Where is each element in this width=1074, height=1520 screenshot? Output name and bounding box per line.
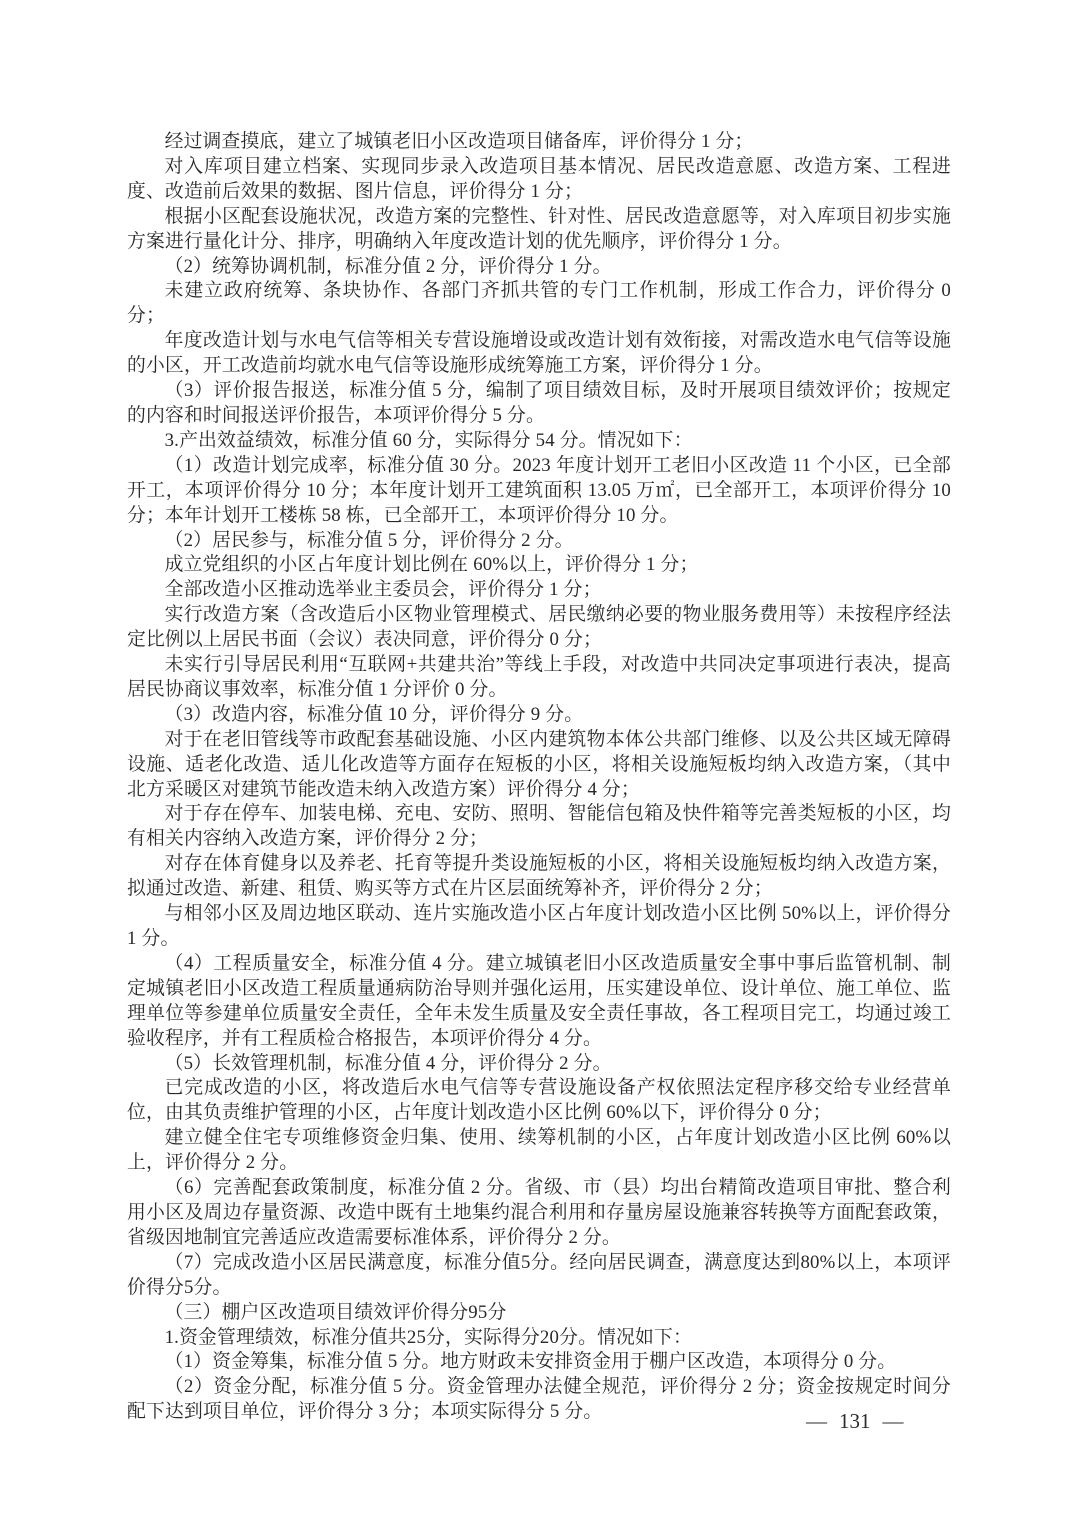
paragraph-9: （1）改造计划完成率，标准分值 30 分。2023 年度计划开工老旧小区改造 1…	[127, 454, 951, 529]
paragraph-17: 对于存在停车、加装电梯、充电、安防、照明、智能信包箱及快件箱等完善类短板的小区，…	[127, 802, 951, 852]
document-page: 经过调查摸底，建立了城镇老旧小区改造项目储备库，评价得分 1 分；对入库项目建立…	[0, 0, 1074, 1520]
paragraph-1: 经过调查摸底，建立了城镇老旧小区改造项目储备库，评价得分 1 分；	[127, 130, 951, 155]
paragraph-2: 对入库项目建立档案、实现同步录入改造项目基本情况、居民改造意愿、改造方案、工程进…	[127, 155, 951, 205]
paragraph-6: 年度改造计划与水电气信等相关专营设施增设或改造计划有效衔接，对需改造水电气信等设…	[127, 329, 951, 379]
paragraph-24: （6）完善配套政策制度，标准分值 2 分。省级、市（县）均出台精简改造项目审批、…	[127, 1176, 951, 1251]
paragraph-23: 建立健全住宅专项维修资金归集、使用、续筹机制的小区，占年度计划改造小区比例 60…	[127, 1126, 951, 1176]
paragraph-5: 未建立政府统筹、条块协作、各部门齐抓共管的专门工作机制，形成工作合力，评价得分 …	[127, 279, 951, 329]
page-footer: — 131 —	[806, 1408, 904, 1434]
paragraph-7: （3）评价报告报送，标准分值 5 分，编制了项目绩效目标，及时开展项目绩效评价；…	[127, 379, 951, 429]
paragraph-20: （4）工程质量安全，标准分值 4 分。建立城镇老旧小区改造质量安全事中事后监管机…	[127, 952, 951, 1052]
paragraph-18: 对存在体育健身以及养老、托育等提升类设施短板的小区，将相关设施短板均纳入改造方案…	[127, 852, 951, 902]
paragraph-13: 实行改造方案（含改造后小区物业管理模式、居民缴纳必要的物业服务费用等）未按程序经…	[127, 603, 951, 653]
paragraph-16: 对于在老旧管线等市政配套基础设施、小区内建筑物本体公共部门维修、以及公共区域无障…	[127, 728, 951, 803]
paragraph-21: （5）长效管理机制，标准分值 4 分，评价得分 2 分。	[127, 1052, 951, 1077]
paragraph-8: 3.产出效益绩效，标准分值 60 分，实际得分 54 分。情况如下：	[127, 429, 951, 454]
paragraph-3: 根据小区配套设施状况，改造方案的完整性、针对性、居民改造意愿等，对入库项目初步实…	[127, 205, 951, 255]
footer-dash-left: —	[806, 1408, 827, 1434]
paragraph-12: 全部改造小区推动选举业主委员会，评价得分 1 分；	[127, 578, 951, 603]
page-number: 131	[839, 1408, 871, 1434]
paragraph-11: 成立党组织的小区占年度计划比例在 60%以上，评价得分 1 分；	[127, 553, 951, 578]
paragraph-15: （3）改造内容，标准分值 10 分，评价得分 9 分。	[127, 703, 951, 728]
paragraph-22: 已完成改造的小区，将改造后水电气信等专营设施设备产权依照法定程序移交给专业经营单…	[127, 1076, 951, 1126]
paragraph-28: （1）资金筹集，标准分值 5 分。地方财政未安排资金用于棚户区改造，本项得分 0…	[127, 1350, 951, 1375]
paragraph-27: 1.资金管理绩效，标准分值共25分，实际得分20分。情况如下：	[127, 1326, 951, 1351]
paragraph-19: 与相邻小区及周边地区联动、连片实施改造小区占年度计划改造小区比例 50%以上，评…	[127, 902, 951, 952]
footer-dash-right: —	[883, 1408, 904, 1434]
paragraph-14: 未实行引导居民利用“互联网+共建共治”等线上手段，对改造中共同决定事项进行表决，…	[127, 653, 951, 703]
paragraph-4: （2）统筹协调机制，标准分值 2 分，评价得分 1 分。	[127, 255, 951, 280]
paragraph-26: （三）棚户区改造项目绩效评价得分95分	[127, 1301, 951, 1326]
paragraph-10: （2）居民参与，标准分值 5 分，评价得分 2 分。	[127, 529, 951, 554]
document-body: 经过调查摸底，建立了城镇老旧小区改造项目储备库，评价得分 1 分；对入库项目建立…	[127, 130, 951, 1425]
paragraph-25: （7）完成改造小区居民满意度，标准分值5分。经向居民调查，满意度达到80%以上，…	[127, 1251, 951, 1301]
